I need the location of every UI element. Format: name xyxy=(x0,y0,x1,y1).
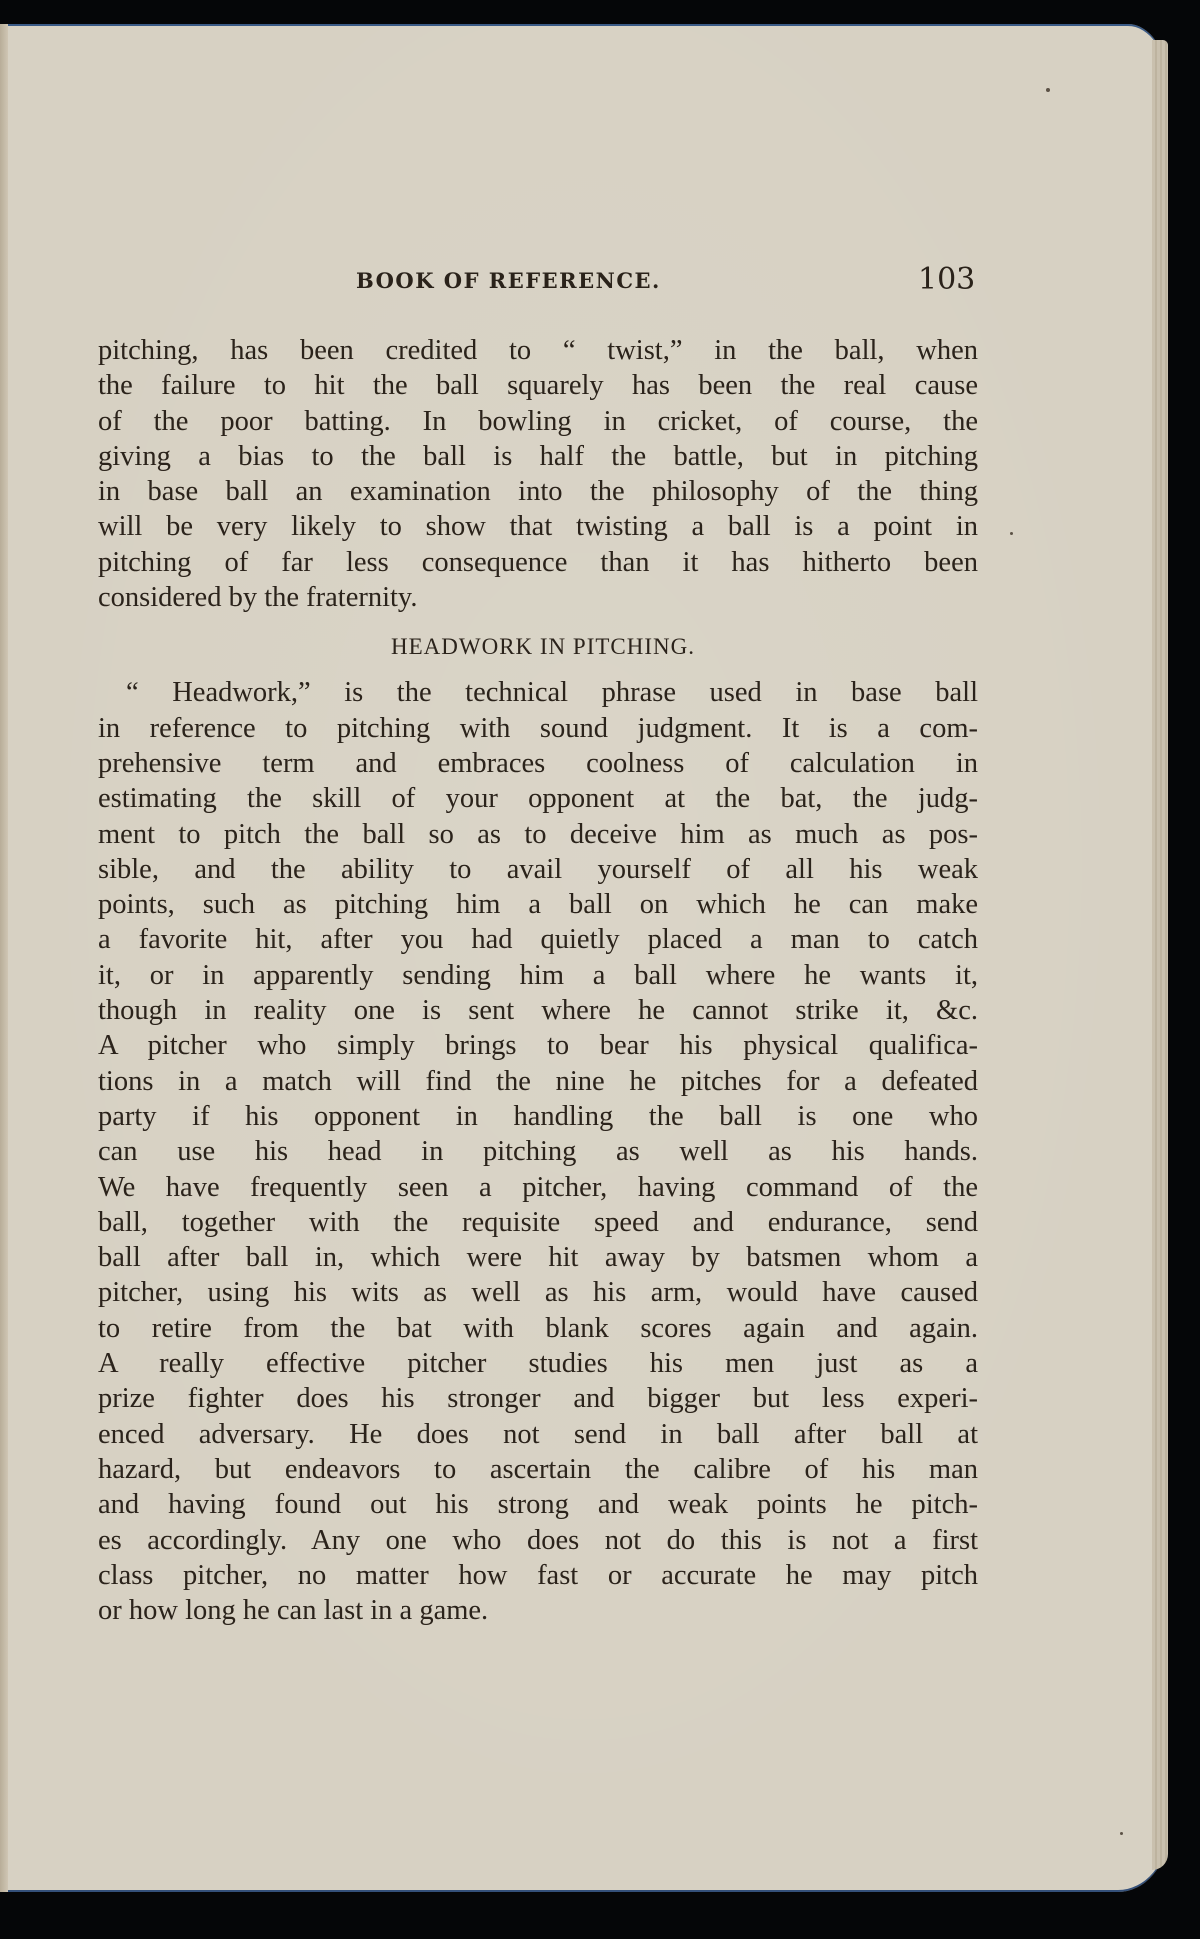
text-line: giving a bias to the ball is half the ba… xyxy=(98,439,978,474)
text-line: class pitcher, no matter how fast or acc… xyxy=(98,1558,978,1593)
text-line: will be very likely to show that twistin… xyxy=(98,509,978,544)
text-line: party if his opponent in handling the ba… xyxy=(98,1099,978,1134)
paragraph-2: “ Headwork,” is the technical phrase use… xyxy=(98,675,978,1628)
paper-speck xyxy=(1120,1832,1123,1835)
text-line: prize fighter does his stronger and bigg… xyxy=(98,1381,978,1416)
text-line: the failure to hit the ball squarely has… xyxy=(98,368,978,403)
text-line: can use his head in pitching as well as … xyxy=(98,1134,978,1169)
running-head: BOOK OF REFERENCE. xyxy=(356,268,661,293)
text-line: points, such as pitching him a ball on w… xyxy=(98,887,978,922)
paper-speck xyxy=(1010,532,1013,535)
text-line: sible, and the ability to avail yourself… xyxy=(98,852,978,887)
text-line: and having found out his strong and weak… xyxy=(98,1487,978,1522)
text-line: estimating the skill of your opponent at… xyxy=(98,781,978,816)
text-line: ment to pitch the ball so as to deceive … xyxy=(98,817,978,852)
text-line: A pitcher who simply brings to bear his … xyxy=(98,1028,978,1063)
text-line: A really effective pitcher studies his m… xyxy=(98,1346,978,1381)
text-line: considered by the fraternity. xyxy=(98,580,978,615)
text-line: to retire from the bat with blank scores… xyxy=(98,1311,978,1346)
page-fore-edge xyxy=(1152,40,1168,1870)
text-line: in base ball an examination into the phi… xyxy=(98,474,978,509)
text-line: pitcher, using his wits as well as his a… xyxy=(98,1275,978,1310)
text-line: “ Headwork,” is the technical phrase use… xyxy=(98,675,978,710)
text-line: prehensive term and embraces coolness of… xyxy=(98,746,978,781)
page-gutter xyxy=(0,24,8,1892)
text-line: of the poor batting. In bowling in crick… xyxy=(98,404,978,439)
body-text: pitching, has been credited to “ twist,”… xyxy=(98,333,978,1628)
text-line: es accordingly. Any one who does not do … xyxy=(98,1523,978,1558)
text-line: though in reality one is sent where he c… xyxy=(98,993,978,1028)
text-line: pitching of far less consequence than it… xyxy=(98,545,978,580)
text-line: enced adversary. He does not send in bal… xyxy=(98,1417,978,1452)
section-heading: HEADWORK IN PITCHING. xyxy=(98,627,978,667)
text-line: tions in a match will find the nine he p… xyxy=(98,1064,978,1099)
paragraph-1: pitching, has been credited to “ twist,”… xyxy=(98,333,978,615)
text-line: pitching, has been credited to “ twist,”… xyxy=(98,333,978,368)
text-line: hazard, but endeavors to ascertain the c… xyxy=(98,1452,978,1487)
text-line: We have frequently seen a pitcher, havin… xyxy=(98,1170,978,1205)
text-line: ball after ball in, which were hit away … xyxy=(98,1240,978,1275)
text-line: a favorite hit, after you had quietly pl… xyxy=(98,922,978,957)
paper-speck xyxy=(1046,88,1050,92)
scanned-book-page: BOOK OF REFERENCE. 103 pitching, has bee… xyxy=(0,0,1200,1939)
text-line: or how long he can last in a game. xyxy=(98,1593,978,1628)
text-line: it, or in apparently sending him a ball … xyxy=(98,958,978,993)
text-line: in reference to pitching with sound judg… xyxy=(98,711,978,746)
text-line: ball, together with the requisite speed … xyxy=(98,1205,978,1240)
page-number: 103 xyxy=(918,262,975,297)
